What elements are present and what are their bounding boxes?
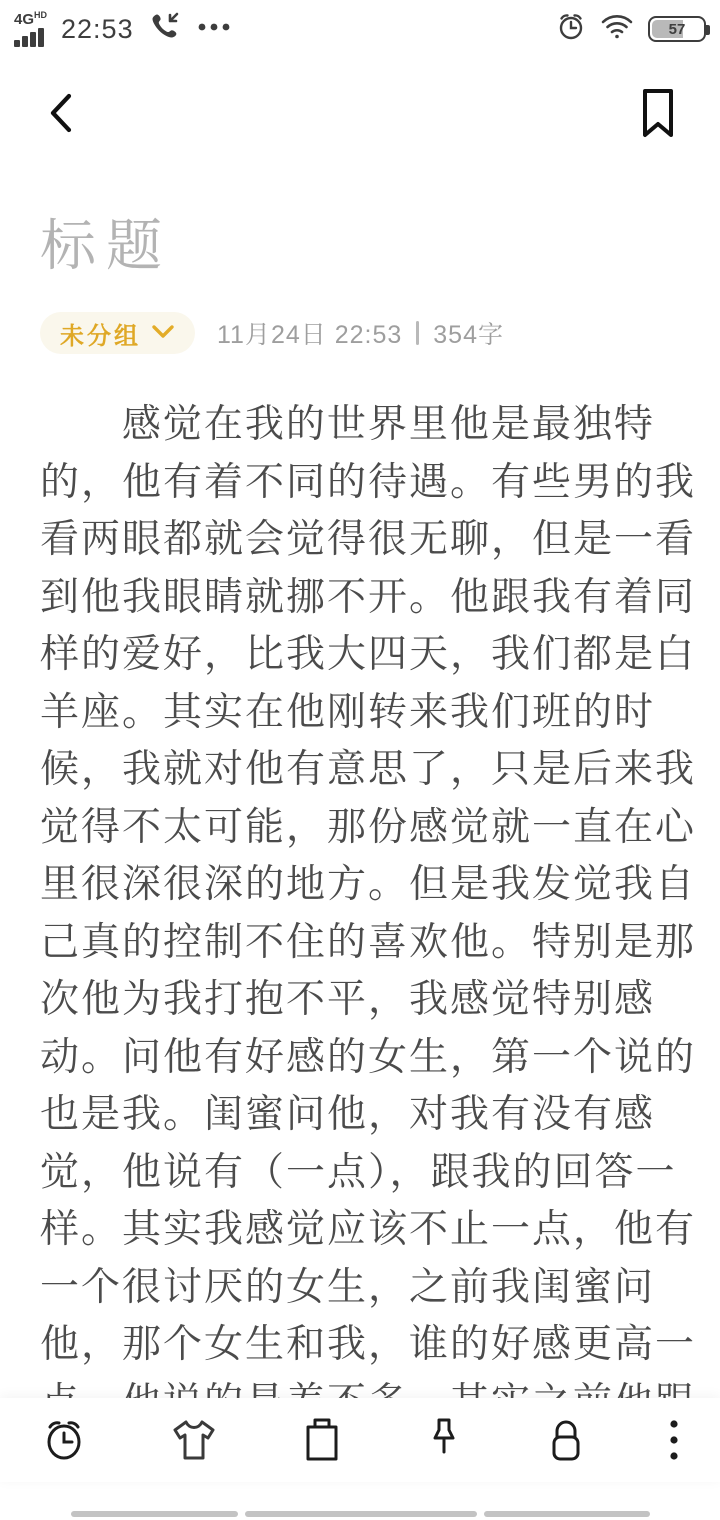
- body-line: 他，那个女生和我，谁的好感更高一: [40, 1316, 682, 1374]
- alarm-clock-icon: [40, 1416, 88, 1464]
- body-line: 己真的控制不住的喜欢他。特别是那: [40, 914, 682, 972]
- body-line: 候，我就对他有意思了，只是后来我: [40, 741, 682, 799]
- incoming-call-icon: [148, 10, 182, 49]
- pin-button[interactable]: [424, 1415, 464, 1465]
- body-line: 看两眼都就会觉得很无聊，但是一看: [40, 511, 682, 569]
- body-line: 样的爱好，比我大四天，我们都是白: [40, 626, 682, 684]
- pin-icon: [424, 1415, 464, 1465]
- more-vertical-icon: [668, 1418, 680, 1462]
- shirt-theme-icon: [169, 1417, 219, 1463]
- bookmark-icon: [638, 87, 678, 142]
- body-line: 到他我眼睛就挪不开。他跟我有着同: [40, 569, 682, 627]
- body-line: 也是我。闺蜜问他，对我有没有感: [40, 1086, 682, 1144]
- alarm-status-icon: [556, 12, 586, 47]
- gesture-bar-home[interactable]: [245, 1511, 477, 1517]
- word-count: 354字: [433, 315, 504, 351]
- note-date: 11月24日 22:53: [217, 315, 402, 351]
- hd-badge: HD: [34, 10, 47, 20]
- body-line: 里很深很深的地方。但是我发觉我自: [40, 856, 682, 914]
- status-time: 22:53: [61, 14, 134, 45]
- meta-divider: [416, 321, 419, 345]
- wifi-icon: [600, 13, 634, 46]
- title-input[interactable]: 标题: [40, 202, 680, 282]
- reminder-button[interactable]: [40, 1416, 88, 1464]
- battery-percent: 57: [669, 21, 686, 38]
- signal-strength-icon: 4GHD: [14, 11, 47, 47]
- body-line: 感觉在我的世界里他是最独特: [40, 396, 682, 454]
- body-line: 一个很讨厌的女生，之前我闺蜜问: [40, 1259, 682, 1317]
- bookmark-button[interactable]: [638, 87, 678, 142]
- body-line: 动。问他有好感的女生，第一个说的: [40, 1029, 682, 1087]
- delete-button[interactable]: [300, 1416, 344, 1464]
- gesture-bar-left[interactable]: [71, 1511, 238, 1517]
- note-body-editor[interactable]: 感觉在我的世界里他是最独特 的，他有着不同的待遇。有些男的我 看两眼都就会觉得很…: [40, 396, 682, 1431]
- ellipsis-icon: [196, 20, 232, 38]
- body-line: 觉，他说有（一点），跟我的回答一: [40, 1144, 682, 1202]
- gesture-nav-area: [0, 1490, 720, 1520]
- body-line: 次他为我打抱不平，我感觉特别感: [40, 971, 682, 1029]
- body-line: 觉得不太可能，那份感觉就一直在心: [40, 799, 682, 857]
- more-button[interactable]: [668, 1418, 680, 1462]
- chevron-down-icon: [151, 324, 175, 342]
- network-type-label: 4G: [14, 11, 34, 28]
- back-button[interactable]: [42, 88, 78, 141]
- body-line: 羊座。其实在他刚转来我们班的时: [40, 684, 682, 742]
- note-header: [0, 84, 720, 144]
- body-line: 样。其实我感觉应该不止一点，他有: [40, 1201, 682, 1259]
- theme-button[interactable]: [169, 1417, 219, 1463]
- lock-button[interactable]: [545, 1415, 587, 1465]
- category-dropdown[interactable]: 未分组: [40, 312, 195, 354]
- body-line: 的，他有着不同的待遇。有些男的我: [40, 454, 682, 512]
- lock-icon: [545, 1415, 587, 1465]
- note-meta-row: 未分组 11月24日 22:53 354字: [40, 312, 680, 354]
- trash-icon: [300, 1416, 344, 1464]
- category-label: 未分组: [60, 316, 141, 351]
- status-bar: 4GHD 22:53: [0, 0, 720, 52]
- battery-icon: 57: [648, 16, 706, 42]
- gesture-bar-right[interactable]: [484, 1511, 650, 1517]
- bottom-toolbar: [0, 1398, 720, 1482]
- back-chevron-icon: [42, 88, 78, 141]
